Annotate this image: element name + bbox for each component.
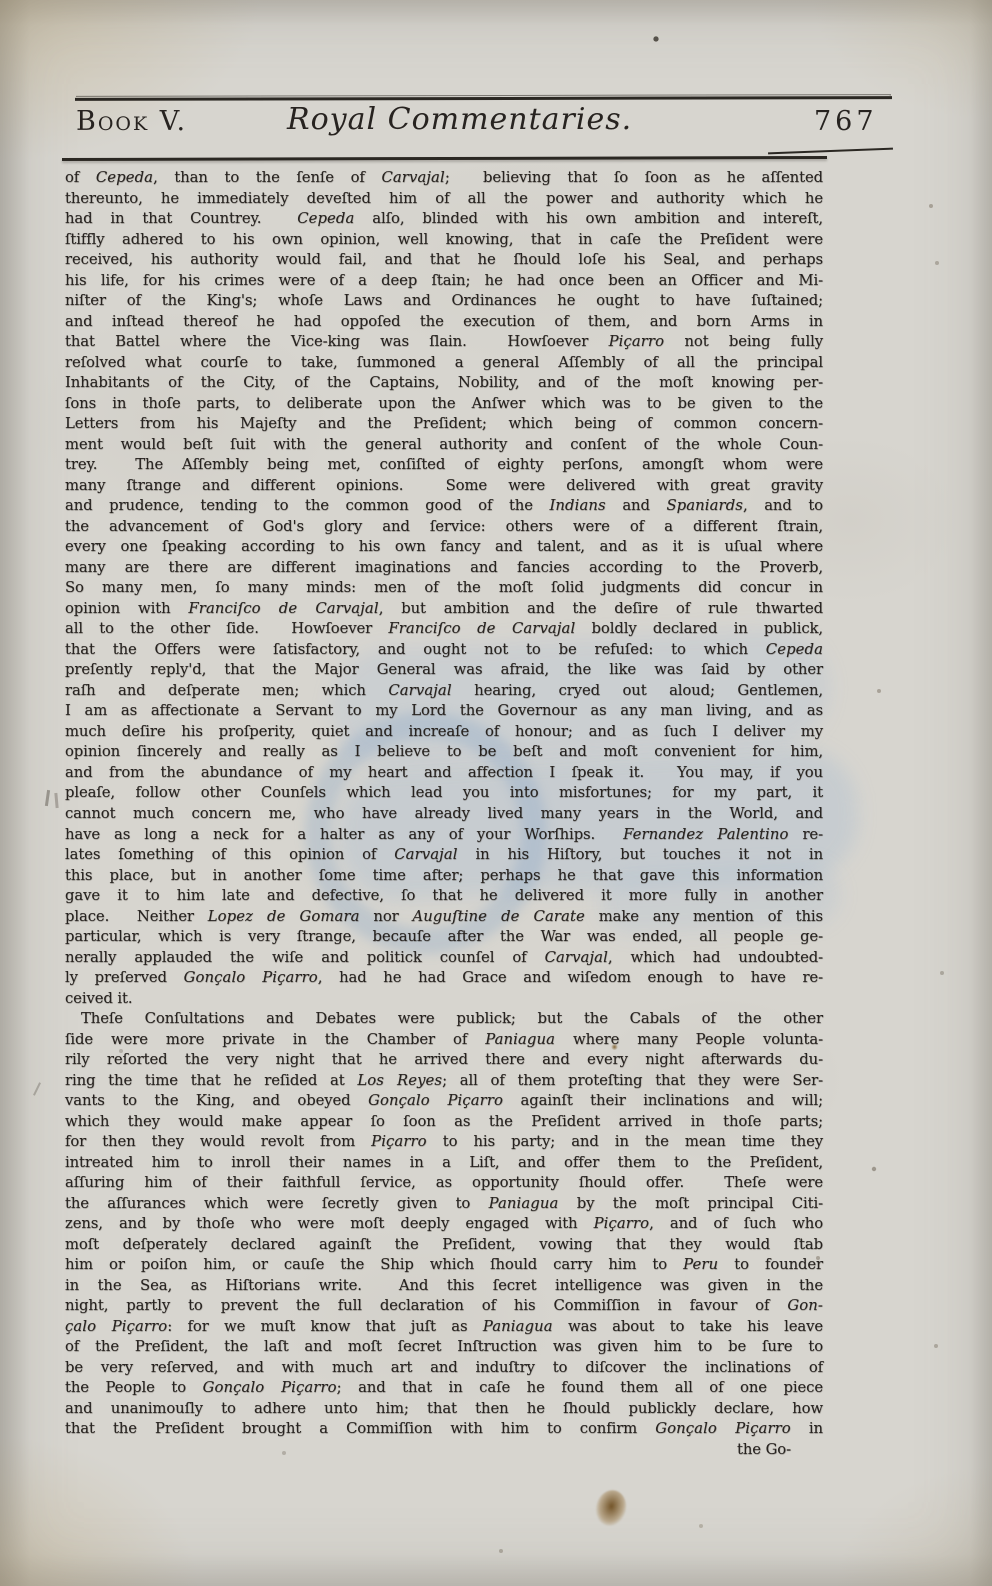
text-line: raſh and deſperate men; which Carvajal h… <box>65 681 823 702</box>
margin-mark <box>33 1082 41 1095</box>
text-line: ment would beſt ſuit with the general au… <box>65 435 823 456</box>
text-line: aſſuring him of their faithfull ſervice,… <box>65 1173 823 1194</box>
text-line: intreated him to inroll their names in a… <box>65 1153 823 1174</box>
text-line: which they would make appear ſo ſoon as … <box>65 1112 823 1133</box>
text-line: the People to Gonçalo Piçarro; and that … <box>65 1378 823 1399</box>
text-line: I am as affectionate a Servant to my Lor… <box>65 701 823 722</box>
text-line: ſtiffly adhered to his own opinion, well… <box>65 230 823 251</box>
text-line: and unanimouſly to adhere unto him; that… <box>65 1399 823 1420</box>
text-line: ly preſerved Gonçalo Piçarro, had he had… <box>65 968 823 989</box>
text-line: of Cepeda, than to the ſenſe of Carvajal… <box>65 168 823 189</box>
text-line: particular, which is very ſtrange, becau… <box>65 927 823 948</box>
text-line: ceived it. <box>65 989 823 1010</box>
text-line: preſently reply'd, that the Major Genera… <box>65 660 823 681</box>
text-line: thereunto, he immediately deveſted him o… <box>65 189 823 210</box>
text-line: place. Neither Lopez de Gomara nor Auguſ… <box>65 907 823 928</box>
catchword-line: the Go- <box>65 1440 823 1461</box>
text-line: ſons in thoſe parts, to deliberate upon … <box>65 394 823 415</box>
text-line: vants to the King, and obeyed Gonçalo Pi… <box>65 1091 823 1112</box>
text-line: reſolved what courſe to take, ſummoned a… <box>65 353 823 374</box>
text-line: had in that Countrey. Cepeda alſo, blind… <box>65 209 823 230</box>
text-line: received, his authority would fail, and … <box>65 250 823 271</box>
paper-specks <box>0 0 2 2</box>
text-line: that the Preſident brought a Commiſſion … <box>65 1419 823 1440</box>
text-line: be very reſerved, and with much art and … <box>65 1358 823 1379</box>
text-line: of the Preſident, the laſt and moſt ſecr… <box>65 1337 823 1358</box>
text-line: niſter of the King's; whoſe Laws and Ord… <box>65 291 823 312</box>
text-line: çalo Piçarro: for we muſt know that juſt… <box>65 1317 823 1338</box>
text-line: this place, but in another ſome time aft… <box>65 866 823 887</box>
text-line: night, partly to prevent the full declar… <box>65 1296 823 1317</box>
page-title: Royal Commentaries. <box>287 102 632 137</box>
paper-stain <box>592 1487 630 1530</box>
text-line: in the Sea, as Hiſtorians write. And thi… <box>65 1276 823 1297</box>
text-line: Inhabitants of the City, of the Captains… <box>65 373 823 394</box>
text-line: every one ſpeaking according to his own … <box>65 537 823 558</box>
text-line: lates ſomething of this opinion of Carva… <box>65 845 823 866</box>
text-line: Theſe Conſultations and Debates were pub… <box>65 1009 823 1030</box>
text-line: gave it to him late and defective, ſo th… <box>65 886 823 907</box>
text-line: nerally applauded the wiſe and politick … <box>65 948 823 969</box>
text-line: So many men, ſo many minds: men of the m… <box>65 578 823 599</box>
text-line: for then they would revolt from Piçarro … <box>65 1132 823 1153</box>
text-line: ring the time that he reſided at Los Rey… <box>65 1071 823 1092</box>
text-line: opinion with Franciſco de Carvajal, but … <box>65 599 823 620</box>
page-number: 767 <box>814 106 878 137</box>
text-line: and from the abundance of my heart and a… <box>65 763 823 784</box>
text-line: rily reſorted the very night that he arr… <box>65 1050 823 1071</box>
text-line: many ſtrange and different opinions. Som… <box>65 476 823 497</box>
margin-mark <box>54 793 58 808</box>
text-line: opinion ſincerely and really as I believ… <box>65 742 823 763</box>
margin-mark <box>45 790 50 806</box>
text-line: all to the other ſide. Howſoever Franciſ… <box>65 619 823 640</box>
text-line: pleaſe, follow other Counſels which lead… <box>65 783 823 804</box>
page-number-underline <box>768 148 893 155</box>
top-rule <box>75 96 892 101</box>
text-line: the advancement of God's glory and ſervi… <box>65 517 823 538</box>
text-line: cannot much concern me, who have already… <box>65 804 823 825</box>
text-line: Letters from his Majeſty and the Preſide… <box>65 414 823 435</box>
text-line: his life, for his crimes were of a deep … <box>65 271 823 292</box>
text-line: ſide were more private in the Chamber of… <box>65 1030 823 1051</box>
text-line: the aſſurances which were ſecretly given… <box>65 1194 823 1215</box>
text-line: that the Offers were ſatisfactory, and o… <box>65 640 823 661</box>
text-line: much deſire his proſperity, quiet and in… <box>65 722 823 743</box>
header-rule <box>62 156 827 161</box>
text-line: him or poiſon him, or cauſe the Ship whi… <box>65 1255 823 1276</box>
text-line: trey. The Aſſembly being met, conſiſted … <box>65 455 823 476</box>
ink-spot <box>611 1044 618 1050</box>
text-line: that Battel where the Vice-king was ſlai… <box>65 332 823 353</box>
text-line: many are there are different imagination… <box>65 558 823 579</box>
text-line: have as long a neck for a halter as any … <box>65 825 823 846</box>
text-block: of Cepeda, than to the ſenſe of Carvajal… <box>65 168 823 1460</box>
text-line: and inſtead thereof he had oppoſed the e… <box>65 312 823 333</box>
text-line: and prudence, tending to the common good… <box>65 496 823 517</box>
book-page-scan: Book V. Royal Commentaries. 767 of Ceped… <box>0 0 992 1586</box>
text-line: moſt deſperately declared againſt the Pr… <box>65 1235 823 1256</box>
book-label: Book V. <box>76 106 187 137</box>
text-line: zens, and by thoſe who were moſt deeply … <box>65 1214 823 1235</box>
